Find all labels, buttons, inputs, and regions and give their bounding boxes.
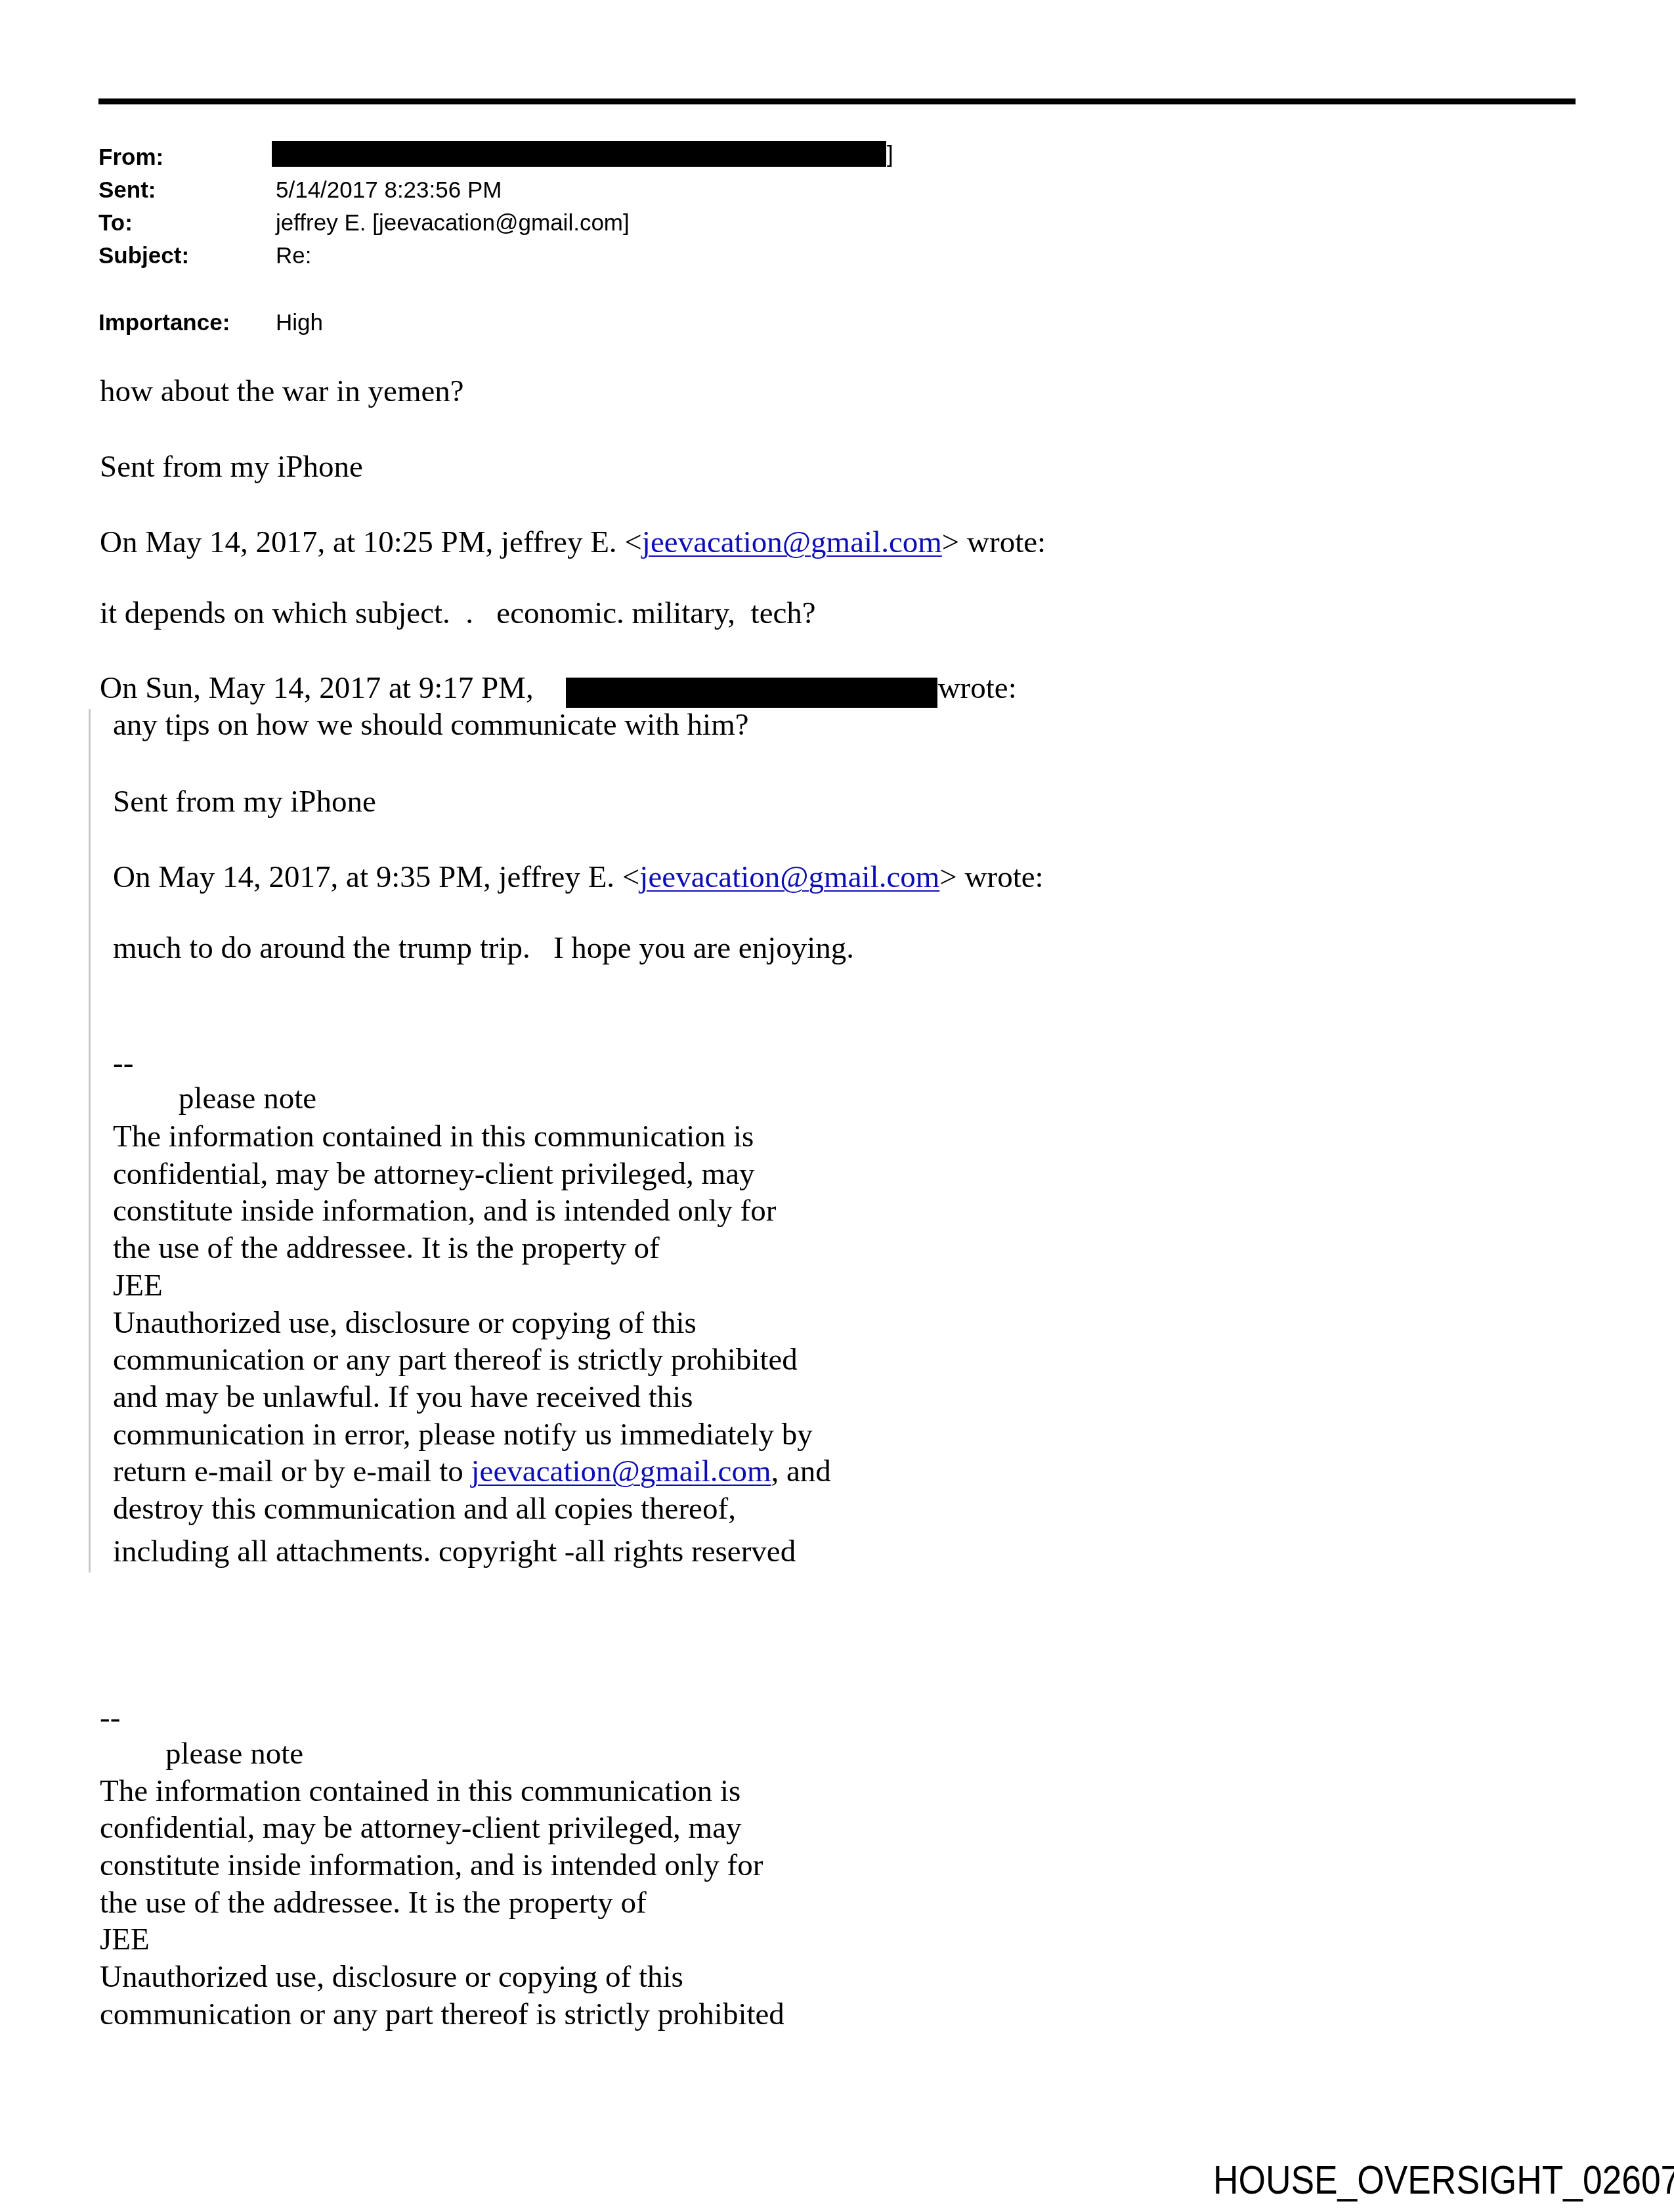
disclaimer-line: destroy this communication and all copie… [113,1494,736,1525]
disclaimer-line: communication in error, please notify us… [113,1420,813,1450]
importance-label: Importance: [98,311,230,334]
bates-number: HOUSE_OVERSIGHT_026078 [1213,2160,1674,2201]
disclaimer-line: and may be unlawful. If you have receive… [113,1382,693,1413]
outer-disclaimer-line: constitute inside information, and is in… [100,1850,763,1881]
outer-disclaimer-line: JEE [100,1924,150,1955]
importance-value: High [276,311,323,334]
reply1-attribution-prefix: On May 14, 2017, at 10:25 PM, jeffrey E.… [100,525,642,559]
quoted-attribution: On May 14, 2017, at 9:35 PM, jeffrey E. … [113,862,1044,893]
reply2-attribution-prefix: On Sun, May 14, 2017 at 9:17 PM, [100,671,541,705]
disclaimer-line: The information contained in this commun… [113,1121,754,1152]
outer-disclaimer-title: please note [165,1739,303,1769]
subject-label: Subject: [98,244,189,267]
message-text: how about the war in yemen? [100,376,464,407]
reply1-email-link[interactable]: jeevacation@gmail.com [642,525,942,559]
disclaimer-line: constitute inside information, and is in… [113,1196,776,1226]
disclaimer-email-prefix: return e-mail or by e-mail to [113,1454,471,1488]
reply1-message: it depends on which subject. . economic.… [100,598,816,629]
quoted-attribution-suffix: > wrote: [939,860,1043,894]
outer-disclaimer-line: confidential, may be attorney-client pri… [100,1813,742,1844]
from-label: From: [98,146,163,169]
disclaimer-line: including all attachments. copyright -al… [113,1536,796,1567]
disclaimer-email-suffix: , and [771,1454,831,1488]
quoted-sig-separator: -- [113,1048,133,1079]
reply1-attribution-suffix: > wrote: [942,525,1046,559]
quoted-signature: Sent from my iPhone [113,787,376,817]
quote-border [89,709,91,1572]
from-redaction [272,141,886,167]
outer-disclaimer-line: communication or any part thereof is str… [100,1999,784,2030]
sent-value: 5/14/2017 8:23:56 PM [276,179,502,202]
disclaimer-email-line: return e-mail or by e-mail to jeevacatio… [113,1456,831,1487]
disclaimer-line: JEE [113,1270,163,1301]
reply1-attribution: On May 14, 2017, at 10:25 PM, jeffrey E.… [100,527,1046,558]
sender-redaction [566,678,937,708]
quoted-attribution-prefix: On May 14, 2017, at 9:35 PM, jeffrey E. … [113,860,639,894]
to-value: jeffrey E. [jeevacation@gmail.com] [276,211,630,234]
quoted-reply: much to do around the trump trip. I hope… [113,933,854,964]
signature-text: Sent from my iPhone [100,452,363,483]
from-bracket: ] [887,143,893,166]
outer-disclaimer-line: the use of the addressee. It is the prop… [100,1888,647,1919]
sent-label: Sent: [98,179,156,202]
quoted-disclaimer-title: please note [179,1083,316,1114]
header-rule [98,98,1576,104]
quoted-message: any tips on how we should communicate wi… [113,710,749,741]
quoted-email-link[interactable]: jeevacation@gmail.com [639,860,939,894]
to-label: To: [98,211,133,234]
subject-value: Re: [276,244,311,267]
outer-disclaimer-line: Unauthorized use, disclosure or copying … [100,1962,683,1993]
outer-disclaimer-line: The information contained in this commun… [100,1776,740,1807]
outer-sig-separator: -- [100,1702,120,1733]
disclaimer-line: communication or any part thereof is str… [113,1345,798,1376]
disclaimer-line: confidential, may be attorney-client pri… [113,1159,755,1190]
disclaimer-line: the use of the addressee. It is the prop… [113,1233,660,1264]
disclaimer-email-link[interactable]: jeevacation@gmail.com [471,1454,771,1488]
disclaimer-line: Unauthorized use, disclosure or copying … [113,1308,697,1339]
